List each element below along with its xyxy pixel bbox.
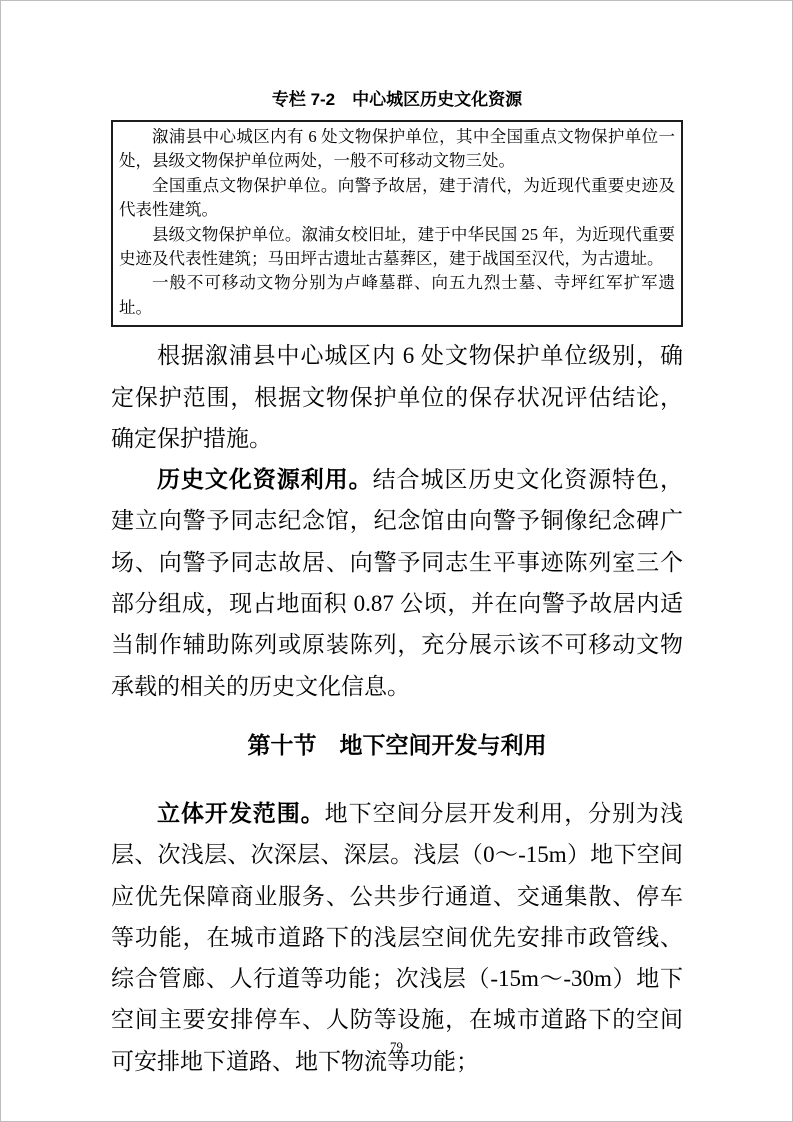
paragraph-lead: 立体开发范围。 [157,801,325,826]
page-content: 专栏 7-2 中心城区历史文化资源 溆浦县中心城区内有 6 处文物保护单位，其中… [111,89,683,1082]
column-box-title: 专栏 7-2 中心城区历史文化资源 [111,89,683,111]
body-paragraph: 根据溆浦县中心城区内 6 处文物保护单位级别，确定保护范围，根据文物保护单位的保… [111,335,683,459]
box-paragraph: 全国重点文物保护单位。向警予故居，建于清代，为近现代重要史迹及代表性建筑。 [119,174,675,223]
document-page: 专栏 7-2 中心城区历史文化资源 溆浦县中心城区内有 6 处文物保护单位，其中… [0,0,793,1122]
paragraph-text: 地下空间分层开发利用，分别为浅层、次浅层、次深层、深层。浅层（0～-15m）地下… [111,801,683,1074]
paragraph-lead: 历史文化资源利用。 [157,467,373,492]
body-paragraph: 历史文化资源利用。结合城区历史文化资源特色，建立向警予同志纪念馆，纪念馆由向警予… [111,459,683,707]
box-paragraph: 县级文物保护单位。溆浦女校旧址，建于中华民国 25 年，为近现代重要史迹及代表性… [119,223,675,272]
column-info-box: 溆浦县中心城区内有 6 处文物保护单位，其中全国重点文物保护单位一处，县级文物保… [111,120,683,327]
section-heading: 第十节 地下空间开发与利用 [111,729,683,761]
box-paragraph: 一般不可移动文物分别为卢峰墓群、向五九烈士墓、寺坪红军扩军遗址。 [119,271,675,320]
box-paragraph: 溆浦县中心城区内有 6 处文物保护单位，其中全国重点文物保护单位一处，县级文物保… [119,125,675,174]
paragraph-text: 结合城区历史文化资源特色，建立向警予同志纪念馆，纪念馆由向警予铜像纪念碑广场、向… [111,467,683,698]
page-number: 79 [1,1039,792,1055]
